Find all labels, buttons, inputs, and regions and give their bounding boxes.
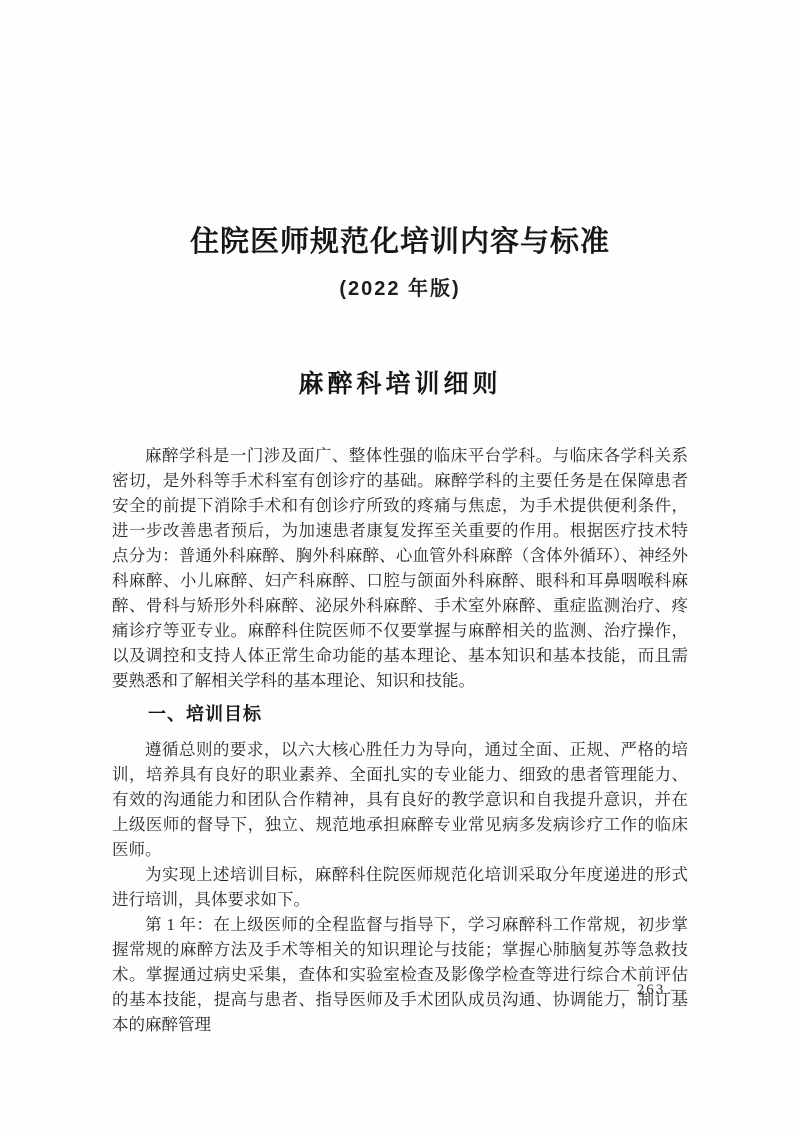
document-page: 住院医师规范化培训内容与标准 (2022 年版) 麻醉科培训细则 麻醉学科是一门… bbox=[0, 0, 800, 1131]
section-1-heading: 一、培训目标 bbox=[112, 702, 688, 727]
paragraph: 为实现上述培训目标，麻醉科住院医师规范化培训采取分年度递进的形式进行培训，具体要… bbox=[112, 862, 688, 912]
intro-paragraph: 麻醉学科是一门涉及面广、整体性强的临床平台学科。与临床各学科关系密切，是外科等手… bbox=[112, 443, 688, 693]
body-text: 麻醉学科是一门涉及面广、整体性强的临床平台学科。与临床各学科关系密切，是外科等手… bbox=[112, 443, 688, 1037]
edition-subtitle: (2022 年版) bbox=[0, 272, 800, 301]
paragraph: 第 1 年：在上级医师的全程监督与指导下，学习麻醉科工作常规，初步掌握常规的麻醉… bbox=[112, 912, 688, 1037]
book-title: 住院医师规范化培训内容与标准 bbox=[0, 219, 800, 260]
section-title: 麻醉科培训细则 bbox=[0, 364, 800, 400]
page-number: — 263 — bbox=[112, 982, 688, 999]
paragraph: 遵循总则的要求，以六大核心胜任力为导向，通过全面、正规、严格的培训，培养具有良好… bbox=[112, 737, 688, 862]
